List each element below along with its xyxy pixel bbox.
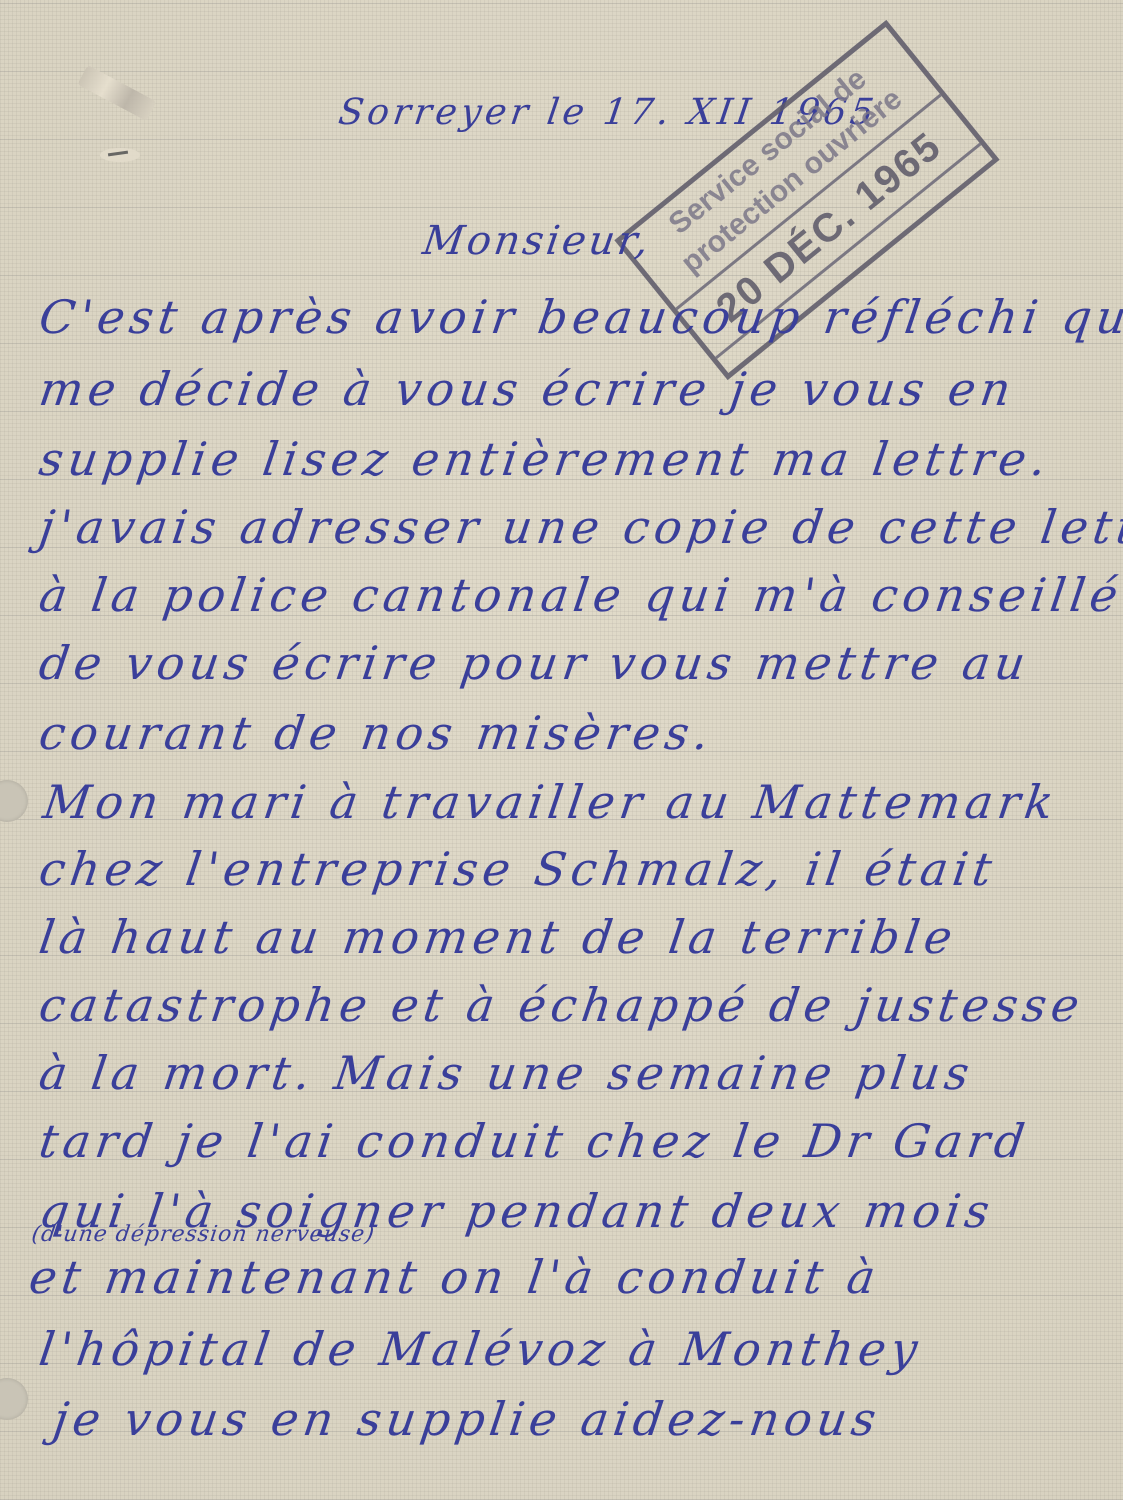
punch-hole-bottom bbox=[0, 1378, 28, 1420]
letter-line: là haut au moment de la terrible bbox=[36, 910, 961, 964]
letter-line: à la mort. Mais une semaine plus bbox=[36, 1046, 977, 1100]
salutation: Monsieur, bbox=[420, 218, 654, 264]
letter-line: tard je l'ai conduit chez le Dr Gard bbox=[36, 1114, 1033, 1168]
letter-page: Sorreyer le 17. XII 1965 Service social … bbox=[0, 0, 1123, 1500]
letter-line: me décide à vous écrire je vous en bbox=[36, 362, 1019, 416]
letter-line: supplie lisez entièrement ma lettre. bbox=[36, 432, 1055, 486]
letter-line: catastrophe et à échappé de justesse bbox=[36, 978, 1087, 1032]
margin-annotation: (d'une dépression nerveuse) bbox=[30, 1222, 377, 1247]
letter-line: j'avais adresser une copie de cette lett… bbox=[36, 500, 1123, 554]
letter-line: courant de nos misères. bbox=[36, 706, 717, 760]
punch-hole-top bbox=[0, 780, 28, 822]
paper-tear-mark bbox=[77, 65, 156, 121]
letter-line: de vous écrire pour vous mettre au bbox=[36, 636, 1034, 690]
paper-tear-mark-small bbox=[100, 148, 140, 162]
letter-line: Mon mari à travailler au Mattemark bbox=[40, 775, 1062, 829]
letter-line: et maintenant on l'à conduit à bbox=[26, 1250, 884, 1304]
letter-line: chez l'entreprise Schmalz, il était bbox=[36, 842, 1000, 896]
letter-line: à la police cantonale qui m'à conseillé bbox=[36, 568, 1123, 622]
letter-line: je vous en supplie aidez-nous bbox=[50, 1392, 884, 1446]
letter-line: l'hôpital de Malévoz à Monthey bbox=[36, 1322, 926, 1376]
letter-line: C'est après avoir beaucoup réfléchi que … bbox=[36, 290, 1123, 344]
